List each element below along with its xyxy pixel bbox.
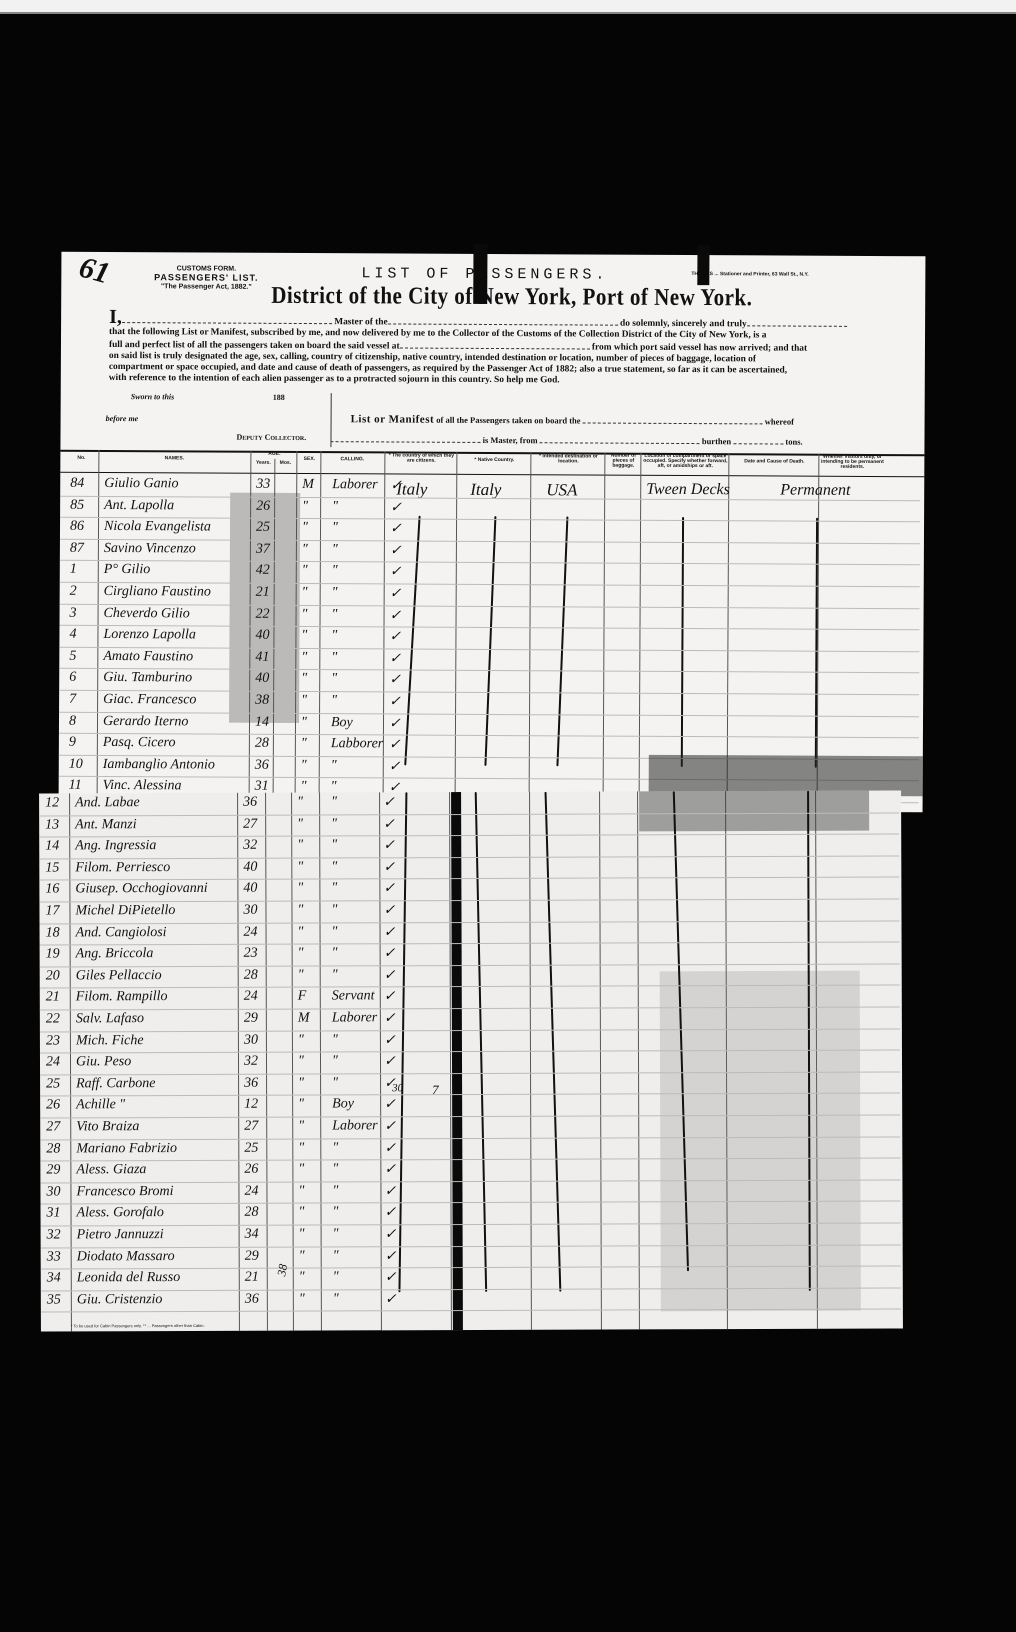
passenger-age: 36 xyxy=(243,795,257,811)
passenger-age: 30 xyxy=(244,1032,258,1048)
passenger-name: Filom. Perriesco xyxy=(75,860,170,876)
passenger-calling: " xyxy=(332,967,338,983)
row-number: 35 xyxy=(47,1292,61,1308)
passenger-name: Giusep. Occhogiovanni xyxy=(75,881,207,897)
passenger-calling: " xyxy=(331,902,337,918)
row-number: 31 xyxy=(47,1206,61,1222)
passenger-calling: Servant xyxy=(332,989,375,1005)
passenger-age: 36 xyxy=(245,1292,259,1308)
passenger-sex: M xyxy=(302,477,314,493)
passenger-calling: Boy xyxy=(331,715,353,731)
passenger-calling: Laborer xyxy=(332,1010,377,1026)
passenger-calling: " xyxy=(332,585,338,601)
passenger-name: Ant. Lapolla xyxy=(104,498,174,514)
deputy-collector-label: Deputy Collector. xyxy=(236,433,306,442)
passenger-name: Pietro Jannuzzi xyxy=(77,1227,164,1243)
tick-mark-icon: ✓ xyxy=(384,1010,396,1027)
row-number: 27 xyxy=(46,1119,60,1135)
row-number: 12 xyxy=(45,795,59,811)
passenger-sex: " xyxy=(297,838,303,854)
col-header-calling: CALLING. xyxy=(322,457,382,462)
passenger-age: 33 xyxy=(256,477,270,493)
passenger-calling: " xyxy=(331,859,337,875)
col-header-no: No. xyxy=(66,456,96,461)
passenger-calling: " xyxy=(332,924,338,940)
passenger-sex: " xyxy=(297,795,303,811)
margin-total: 38 xyxy=(274,1263,291,1277)
row-number: 4 xyxy=(69,627,76,643)
passenger-calling: " xyxy=(331,758,337,774)
tick-mark-icon: ✓ xyxy=(384,967,396,984)
passenger-sex: " xyxy=(299,1227,305,1243)
passenger-age: 40 xyxy=(255,671,269,687)
tick-mark-icon: ✓ xyxy=(390,585,402,602)
row-number: 86 xyxy=(70,519,84,535)
row-number: 87 xyxy=(70,541,84,557)
passenger-age: 28 xyxy=(244,968,258,984)
passenger-sex: " xyxy=(298,946,304,962)
tick-mark-icon: ✓ xyxy=(385,1291,397,1308)
tick-mark-icon: ✓ xyxy=(384,1053,396,1070)
row-number: 6 xyxy=(69,670,76,686)
tick-mark-icon: ✓ xyxy=(389,715,401,732)
passenger-age: 27 xyxy=(243,816,257,832)
passenger-age: 40 xyxy=(243,860,257,876)
viewer-top-bar xyxy=(0,0,1016,14)
tick-mark-icon: ✓ xyxy=(389,737,401,754)
row-number: 14 xyxy=(45,839,59,855)
passenger-age: 24 xyxy=(244,1184,258,1200)
passenger-name: Michel DiPietello xyxy=(75,903,175,919)
manifest-lower-sheet: 12And. Labae36""✓13Ant. Manzi27""✓14Ang.… xyxy=(39,790,903,1331)
passenger-age: 30 xyxy=(243,903,257,919)
passenger-name: And. Cangiolosi xyxy=(76,925,167,941)
passenger-age: 26 xyxy=(244,1162,258,1178)
passenger-name: Mariano Fabrizio xyxy=(76,1141,177,1157)
col-header-sex: SEX. xyxy=(298,457,320,462)
tick-mark-icon: ✓ xyxy=(385,1205,397,1222)
passenger-sex: M xyxy=(298,1011,310,1027)
passenger-age: 25 xyxy=(256,520,270,536)
passenger-calling: " xyxy=(331,672,337,688)
passenger-name: P° Gilio xyxy=(104,562,151,578)
passenger-age: 21 xyxy=(256,585,270,601)
tick-mark-icon: ✓ xyxy=(384,1161,396,1178)
passenger-name: Pasq. Cicero xyxy=(103,735,176,751)
tick-mark-icon: ✓ xyxy=(390,607,402,624)
passenger-calling: " xyxy=(332,607,338,623)
tick-mark-icon: ✓ xyxy=(384,1118,396,1135)
tick-mark-icon: ✓ xyxy=(390,564,402,581)
passenger-name: Giles Pellaccio xyxy=(76,968,162,984)
tick-mark-icon: ✓ xyxy=(389,650,401,667)
passenger-sex: " xyxy=(298,1140,304,1156)
passenger-sex: F xyxy=(298,989,307,1005)
manifest-line-1: List or Manifest of all the Passengers t… xyxy=(351,413,794,427)
row-number: 16 xyxy=(45,882,59,898)
passenger-calling: Laborer xyxy=(332,1118,377,1134)
passenger-name: Amato Faustino xyxy=(103,649,193,665)
tick-mark-icon: ✓ xyxy=(383,816,395,833)
row-number: 20 xyxy=(46,968,60,984)
tick-mark-icon: ✓ xyxy=(383,837,395,854)
passenger-name: Vito Braiza xyxy=(76,1119,139,1135)
district-heading: District of the City of New York, Port o… xyxy=(271,281,752,312)
passenger-name: Filom. Rampillo xyxy=(76,989,168,1005)
passenger-age: 27 xyxy=(244,1119,258,1135)
passenger-name: Cirgliano Faustino xyxy=(104,584,211,601)
passenger-age: 22 xyxy=(256,606,270,622)
passenger-name: Ang. Briccola xyxy=(76,946,154,962)
page-number: 61 xyxy=(75,251,113,292)
passenger-age: 37 xyxy=(256,542,270,558)
row-number: 22 xyxy=(46,1011,60,1027)
passenger-name: Savino Vincenzo xyxy=(104,541,196,557)
passenger-calling: Laborer xyxy=(332,477,377,493)
passenger-calling: " xyxy=(331,816,337,832)
passenger-sex: " xyxy=(298,1032,304,1048)
manifest-upper-sheet: 61 CUSTOMS FORM. PASSENGERS' LIST. "The … xyxy=(59,252,926,813)
passenger-sex: " xyxy=(301,715,307,731)
passenger-name: Ant. Manzi xyxy=(75,817,137,833)
row-number: 13 xyxy=(45,817,59,833)
tick-mark-icon: ✓ xyxy=(383,902,395,919)
tick-mark-icon: ✓ xyxy=(384,945,396,962)
passenger-calling: " xyxy=(332,946,338,962)
passenger-calling: " xyxy=(333,1291,339,1307)
row-number: 2 xyxy=(70,584,77,600)
row-number: 7 xyxy=(69,692,76,708)
row-number: 1 xyxy=(70,562,77,578)
passenger-name: Mich. Fiche xyxy=(76,1033,144,1049)
passenger-calling: " xyxy=(332,542,338,558)
passenger-age: 36 xyxy=(255,758,269,774)
passenger-name: Salv. Lafaso xyxy=(76,1011,144,1027)
passenger-sex: " xyxy=(297,903,303,919)
passenger-age: 24 xyxy=(244,989,258,1005)
tick-mark-icon: ✓ xyxy=(389,758,401,775)
passenger-calling: " xyxy=(332,1140,338,1156)
passenger-name: Cheverdo Gilio xyxy=(104,606,190,622)
passenger-name: Gerardo Iterno xyxy=(103,714,189,730)
passenger-sex: " xyxy=(301,671,307,687)
tick-mark-icon: ✓ xyxy=(390,477,402,494)
row-number: 5 xyxy=(69,649,76,665)
passenger-sex: " xyxy=(298,1054,304,1070)
row-number: 15 xyxy=(45,860,59,876)
col-header-sojourn: Whether Visitors only, or intending to b… xyxy=(820,455,884,470)
passenger-sex: " xyxy=(302,607,308,623)
margin-annotations: 30 7 xyxy=(40,1080,902,1105)
passenger-age: 32 xyxy=(243,838,257,854)
passenger-sex: " xyxy=(298,1183,304,1199)
passenger-name: Francesco Bromi xyxy=(76,1184,173,1200)
passenger-sex: " xyxy=(297,881,303,897)
tick-mark-icon: ✓ xyxy=(390,499,402,516)
passenger-name: Ang. Ingressia xyxy=(75,838,156,854)
passenger-sex: " xyxy=(302,585,308,601)
passenger-age: 29 xyxy=(244,1011,258,1027)
tick-mark-icon: ✓ xyxy=(383,859,395,876)
passenger-calling: " xyxy=(331,650,337,666)
passenger-name: Iambanglio Antonio xyxy=(103,757,215,774)
passenger-sex: " xyxy=(301,650,307,666)
passenger-sex: " xyxy=(301,736,307,752)
passenger-calling: " xyxy=(332,1032,338,1048)
passenger-sex: " xyxy=(298,967,304,983)
manifest-line-2: is Master, from burthen tons. xyxy=(330,433,802,446)
passenger-calling: Labborer xyxy=(331,736,383,752)
passenger-calling: " xyxy=(332,1054,338,1070)
row-number: 24 xyxy=(46,1055,60,1071)
col-header-baggage: Number of pieces of baggage. xyxy=(606,454,640,469)
col-header-native: * Native Country. xyxy=(458,458,530,463)
passenger-calling: " xyxy=(331,693,337,709)
tick-mark-icon: ✓ xyxy=(385,1226,397,1243)
row-number: 28 xyxy=(46,1141,60,1157)
row-number: 9 xyxy=(69,735,76,751)
year-prefix: 188 xyxy=(273,393,285,402)
passenger-sex: " xyxy=(301,693,307,709)
tick-mark-icon: ✓ xyxy=(383,794,395,811)
row-number: 84 xyxy=(70,476,84,492)
passenger-name: Giulio Ganio xyxy=(104,476,178,492)
passenger-name: Giu. Tamburino xyxy=(103,670,192,686)
passenger-age: 24 xyxy=(244,924,258,940)
tick-mark-icon: ✓ xyxy=(389,629,401,646)
passenger-age: 25 xyxy=(244,1140,258,1156)
passenger-age: 26 xyxy=(256,498,270,514)
passenger-calling: " xyxy=(331,881,337,897)
passenger-calling: " xyxy=(332,499,338,515)
passenger-sex: " xyxy=(301,628,307,644)
passenger-age: 40 xyxy=(243,881,257,897)
sworn-label: Sworn to this xyxy=(131,392,175,401)
col-header-location: Location of compartment or space occupie… xyxy=(642,454,728,469)
passenger-name: Aless. Gorofalo xyxy=(77,1205,164,1221)
passenger-sex: " xyxy=(299,1205,305,1221)
passenger-name: Giu. Cristenzio xyxy=(77,1292,163,1308)
passenger-calling: " xyxy=(332,1162,338,1178)
passenger-sex: " xyxy=(298,924,304,940)
passenger-sex: " xyxy=(297,816,303,832)
header-rule xyxy=(60,450,924,457)
tick-mark-icon: ✓ xyxy=(390,542,402,559)
tick-mark-icon: ✓ xyxy=(384,989,396,1006)
tick-mark-icon: ✓ xyxy=(389,672,401,689)
oath-text: I, Master of the do solemnly, sincerely … xyxy=(109,312,899,388)
row-number: 85 xyxy=(70,497,84,513)
tick-mark-icon: ✓ xyxy=(390,521,402,538)
row-number: 10 xyxy=(69,757,83,773)
passenger-age: 32 xyxy=(244,1054,258,1070)
tick-mark-icon: ✓ xyxy=(389,693,401,710)
row-number: 21 xyxy=(46,990,60,1006)
row-number: 11 xyxy=(69,778,82,794)
passenger-age: 23 xyxy=(244,946,258,962)
row-number: 3 xyxy=(70,605,77,621)
tick-mark-icon: ✓ xyxy=(384,1032,396,1049)
passenger-name: And. Labae xyxy=(75,795,140,811)
before-me-label: before me xyxy=(106,414,139,423)
passenger-calling: " xyxy=(331,794,337,810)
row-number: 29 xyxy=(46,1163,60,1179)
passenger-rows-upper: 84Giulio Ganio33MLaborer✓85Ant. Lapolla2… xyxy=(61,252,925,257)
passenger-age: 40 xyxy=(255,628,269,644)
passenger-name: Aless. Giaza xyxy=(76,1162,146,1178)
passenger-calling: " xyxy=(332,1183,338,1199)
passenger-age: 41 xyxy=(255,650,269,666)
passenger-name: Nicola Evangelista xyxy=(104,519,211,536)
passenger-sex: " xyxy=(302,563,308,579)
passenger-sex: " xyxy=(299,1291,305,1307)
passenger-age: 34 xyxy=(245,1227,259,1243)
tick-mark-icon: ✓ xyxy=(384,1183,396,1200)
passenger-name: Giu. Peso xyxy=(76,1054,131,1070)
passenger-sex: " xyxy=(302,520,308,536)
passenger-name: Giac. Francesco xyxy=(103,692,196,708)
passenger-sex: " xyxy=(302,499,308,515)
row-number: 23 xyxy=(46,1033,60,1049)
customs-form-label: CUSTOMS FORM. PASSENGERS' LIST. "The Pas… xyxy=(131,264,281,292)
passenger-calling: " xyxy=(331,628,337,644)
passenger-calling: " xyxy=(332,520,338,536)
passenger-calling: " xyxy=(332,564,338,580)
passenger-sex: " xyxy=(301,758,307,774)
passenger-sex: " xyxy=(298,1162,304,1178)
footnote: * To be used for Cabin Passengers only. … xyxy=(71,1323,205,1328)
passenger-sex: " xyxy=(297,859,303,875)
tick-mark-icon: ✓ xyxy=(384,1140,396,1157)
col-header-mos: Mos. xyxy=(274,461,296,466)
passenger-calling: " xyxy=(333,1205,339,1221)
passenger-calling: " xyxy=(333,1226,339,1242)
row-number: 18 xyxy=(46,925,60,941)
row-number: 8 xyxy=(69,713,76,729)
passenger-age: 42 xyxy=(256,563,270,579)
col-header-names: NAMES. xyxy=(100,456,248,462)
row-number: 30 xyxy=(46,1184,60,1200)
tick-mark-icon: ✓ xyxy=(384,924,396,941)
col-header-age: AGE. xyxy=(252,452,296,457)
row-number: 32 xyxy=(47,1227,61,1243)
col-header-years: Years. xyxy=(252,461,274,466)
passenger-calling: " xyxy=(331,838,337,854)
tick-mark-icon: ✓ xyxy=(383,881,395,898)
row-number: 17 xyxy=(45,903,59,919)
passenger-age: 14 xyxy=(255,714,269,730)
passenger-age: 38 xyxy=(255,693,269,709)
col-header-death: Date and Cause of Death. xyxy=(730,459,818,464)
col-header-citizenship: * The country of which they are citizens… xyxy=(386,453,456,463)
passenger-sex: " xyxy=(298,1119,304,1135)
passenger-name: Lorenzo Lapolla xyxy=(103,627,196,643)
passenger-age: 28 xyxy=(245,1205,259,1221)
row-number: 19 xyxy=(46,947,60,963)
passenger-sex: " xyxy=(302,542,308,558)
passenger-age: 28 xyxy=(255,736,269,752)
col-header-destination: * Intended destination or location. xyxy=(532,454,604,464)
